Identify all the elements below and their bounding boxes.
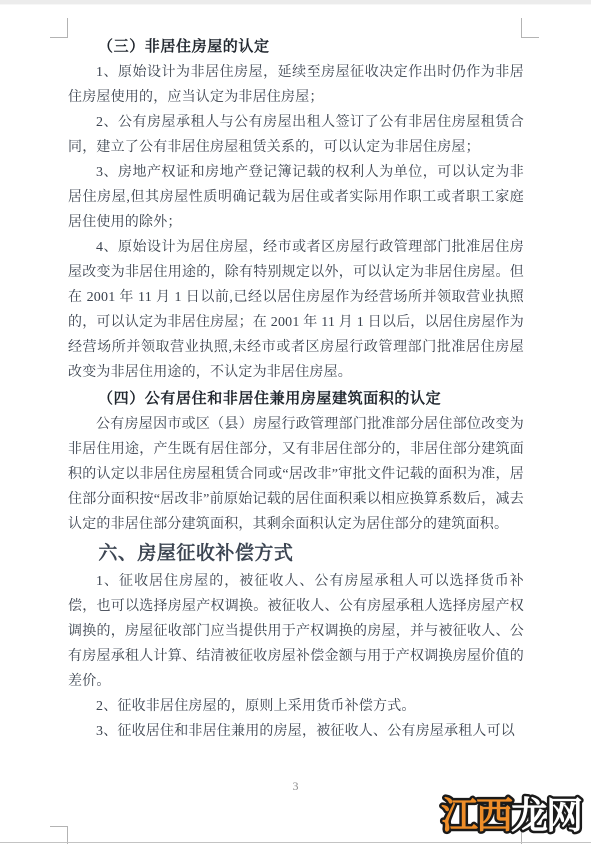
section-heading-non-residential: （三）非居住房屋的认定 bbox=[68, 35, 524, 60]
paragraph: 4、原始设计为居住房屋，经市或者区房屋行政管理部门批准居住房屋改变为非居住用途的… bbox=[68, 235, 524, 385]
watermark-svg: 江西龙网 bbox=[439, 791, 591, 839]
page-content: （三）非居住房屋的认定 1、原始设计为非居住房屋，延续至房屋征收决定作出时仍作为… bbox=[68, 33, 524, 744]
paragraph: 公有房屋因市或区（县）房屋行政管理部门批准部分居住部位改变为非居住用途，产生既有… bbox=[68, 412, 524, 537]
paragraph: 2、公有房屋承租人与公有房屋出租人签订了公有非居住房屋租赁合同，建立了公有非居住… bbox=[68, 110, 524, 160]
watermark-text-part2: 龙网 bbox=[511, 795, 582, 836]
watermark-text-part1: 江西 bbox=[441, 795, 513, 836]
paragraph: 2、征收非居住房屋的，原则上采用货币补偿方式。 bbox=[68, 694, 524, 719]
section-heading-compensation-method: 六、房屋征收补偿方式 bbox=[68, 539, 524, 569]
paragraph: 3、征收居住和非居住兼用的房屋，被征收人、公有房屋承租人可以 bbox=[68, 719, 524, 744]
paragraph: 1、征收居住房屋的，被征收人、公有房屋承租人可以选择货币补偿，也可以选择房屋产权… bbox=[68, 569, 524, 694]
section-heading-mixed-use-area: （四）公有居住和非居住兼用房屋建筑面积的认定 bbox=[68, 387, 524, 412]
document-page: （三）非居住房屋的认定 1、原始设计为非居住房屋，延续至房屋征收决定作出时仍作为… bbox=[0, 0, 591, 844]
window-top-edge bbox=[0, 0, 591, 5]
margin-crop-mark-top-left bbox=[50, 18, 68, 38]
paragraph: 3、房地产权证和房地产登记簿记载的权利人为单位，可以认定为非居住房屋,但其房屋性… bbox=[68, 160, 524, 235]
watermark-logo: 江西龙网 bbox=[439, 791, 591, 839]
watermark-text: 江西龙网 bbox=[441, 795, 582, 836]
page-bottom-edge bbox=[0, 842, 591, 843]
paragraph: 1、原始设计为非居住房屋，延续至房屋征收决定作出时仍作为非居住房屋使用的，应当认… bbox=[68, 60, 524, 110]
